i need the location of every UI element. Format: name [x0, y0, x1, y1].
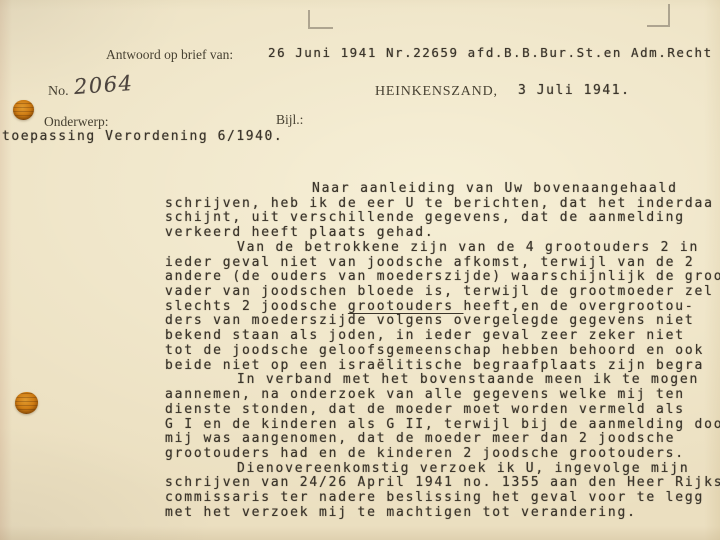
text-line: vader van joodschen bloede is, terwijl d…: [165, 285, 720, 300]
date-typed: 3 Juli 1941.: [518, 83, 631, 98]
text-line: grootouders had en de kinderen 2 joodsch…: [165, 447, 720, 462]
reply-to-value: 26 Juni 1941 Nr.22659 afd.B.B.Bur.St.en …: [268, 45, 713, 60]
corner-mark-left-icon: [308, 10, 333, 29]
text-line: schrijven van 24/26 April 1941 no. 1355 …: [165, 476, 720, 491]
text-line: bekend staan als joden, in ieder geval z…: [165, 329, 720, 344]
text-line: G I en de kinderen als G II, terwijl bij…: [165, 418, 720, 433]
text-line: verkeerd heeft plaats gehad.: [165, 226, 720, 241]
corner-mark-right-icon: [647, 4, 670, 27]
document-page: Antwoord op brief van: 26 Juni 1941 Nr.2…: [0, 0, 720, 540]
rust-spot-bottom: [15, 392, 38, 414]
text-line: ders van moederszijde volgens overgelegd…: [165, 314, 720, 329]
text-line: met het verzoek mij te machtigen tot ver…: [165, 506, 720, 521]
number-handwritten-value: 2064: [73, 71, 134, 99]
enclosure-label: Bijl.:: [276, 112, 303, 128]
text-line: andere (de ouders van moederszijde) waar…: [165, 270, 720, 285]
text-line: aannemen, na onderzoek van alle gegevens…: [165, 388, 720, 403]
rust-spot-top: [13, 100, 34, 120]
subject-value: toepassing Verordening 6/1940.: [2, 129, 283, 144]
place-name: HEINKENSZAND,: [375, 84, 498, 100]
text-line: mij was aangenomen, dat de moeder meer d…: [165, 432, 720, 447]
text-line: Naar aanleiding van Uw bovenaangehaald: [165, 182, 720, 197]
number-label: No.: [48, 84, 69, 100]
text-line: tot de joodsche geloofsgemeenschap hebbe…: [165, 344, 720, 359]
text-line: Van de betrokkene zijn van de 4 grootoud…: [165, 241, 720, 256]
text-line: commissaris ter nadere beslissing het ge…: [165, 491, 720, 506]
letter-body: Naar aanleiding van Uw bovenaangehaaldsc…: [165, 182, 720, 521]
text-line: dienste stonden, dat de moeder moet word…: [165, 403, 720, 418]
text-line: schijnt, uit verschillende gegevens, dat…: [165, 211, 720, 226]
subject-label: Onderwerp:: [44, 114, 108, 130]
reply-to-label: Antwoord op brief van:: [106, 47, 233, 63]
text-line: In verband met het bovenstaande meen ik …: [165, 373, 720, 388]
